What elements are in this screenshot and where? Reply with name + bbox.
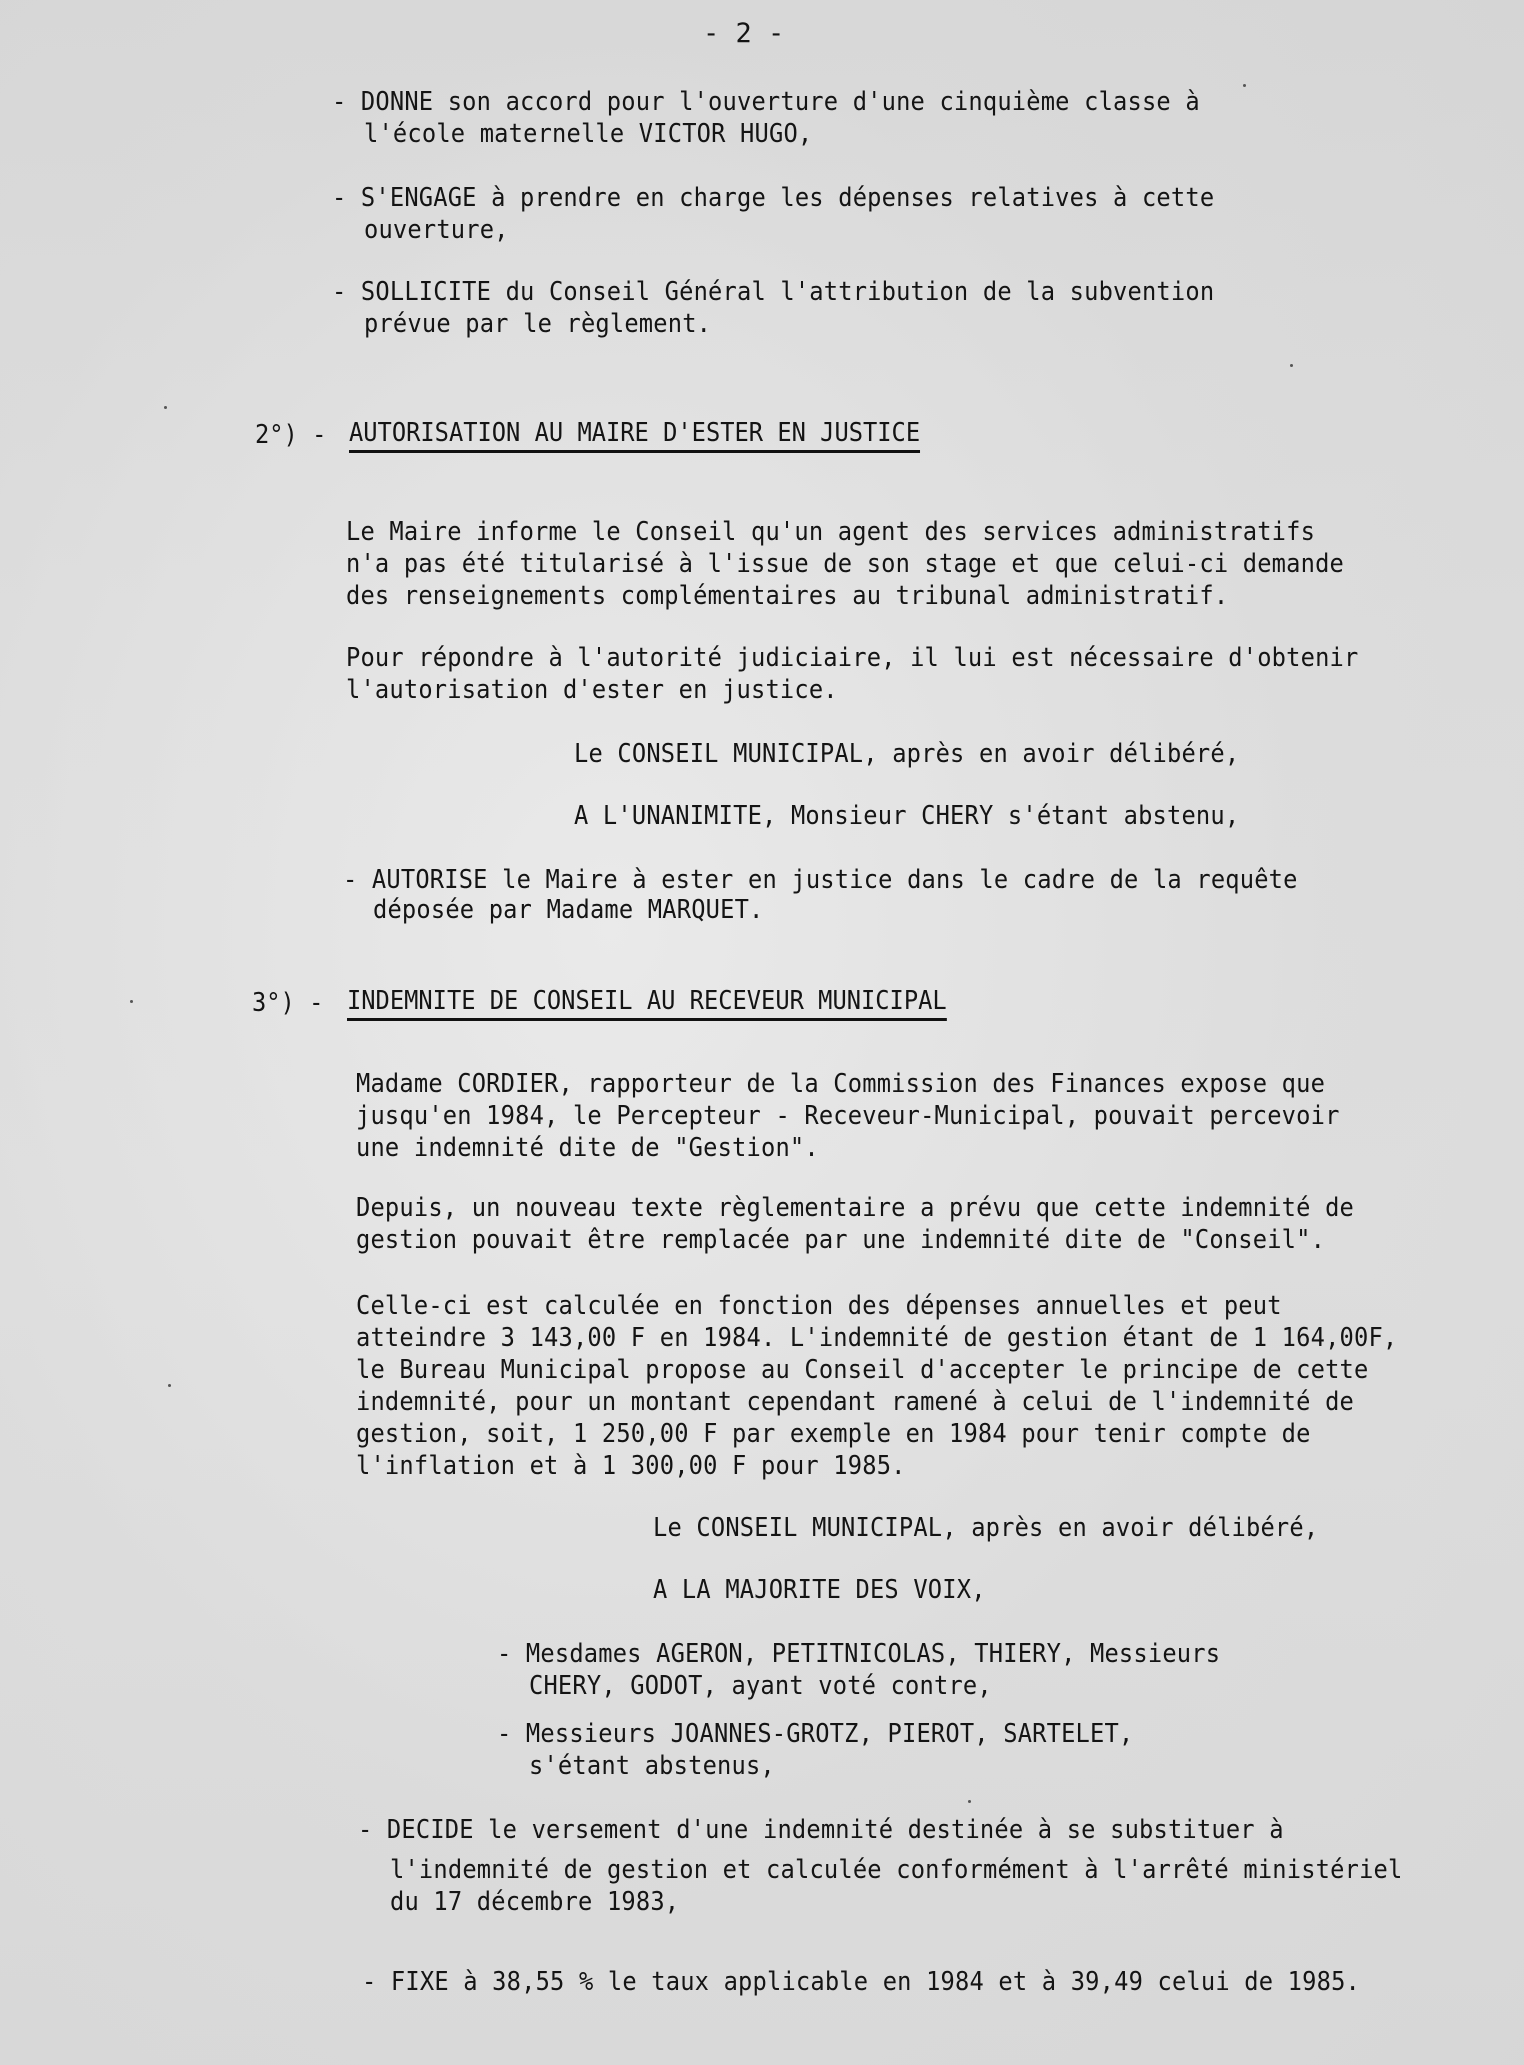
section3-paragraph3-line5: gestion, soit, 1 250,00 F par exemple en…	[356, 1418, 1311, 1450]
intro-item-donne-line2: l'école maternelle VICTOR HUGO,	[364, 118, 812, 150]
section3-vote-against-line1: - Mesdames AGERON, PETITNICOLAS, THIERY,…	[497, 1638, 1220, 1670]
section3-paragraph3-line6: l'inflation et à 1 300,00 F pour 1985.	[356, 1450, 906, 1482]
section3-paragraph3-line3: le Bureau Municipal propose au Conseil d…	[356, 1354, 1368, 1386]
section3-paragraph1-line3: une indemnité dite de "Gestion".	[356, 1132, 819, 1164]
intro-item-engage-line1: - S'ENGAGE à prendre en charge les dépen…	[332, 182, 1214, 214]
section2-paragraph1-line1: Le Maire informe le Conseil qu'un agent …	[346, 516, 1315, 548]
scan-speck	[168, 1384, 171, 1387]
section3-paragraph2-line1: Depuis, un nouveau texte règlementaire a…	[356, 1192, 1354, 1224]
scan-speck	[1290, 364, 1293, 367]
section3-abstention-line1: - Messieurs JOANNES-GROTZ, PIEROT, SARTE…	[497, 1718, 1133, 1750]
section3-vote-against-line2: CHERY, GODOT, ayant voté contre,	[529, 1670, 992, 1702]
section3-decision2: - FIXE à 38,55 % le taux applicable en 1…	[362, 1966, 1360, 1998]
section3-title: INDEMNITE DE CONSEIL AU RECEVEUR MUNICIP…	[347, 986, 947, 1021]
section3-decision1-line1: - DECIDE le versement d'une indemnité de…	[358, 1814, 1284, 1846]
section3-paragraph1-line1: Madame CORDIER, rapporteur de la Commiss…	[356, 1068, 1325, 1100]
section3-paragraph2-line2: gestion pouvait être remplacée par une i…	[356, 1224, 1325, 1256]
scan-speck	[164, 406, 167, 409]
section3-deliberation: Le CONSEIL MUNICIPAL, après en avoir dél…	[653, 1512, 1318, 1544]
section3-number: 3°) -	[252, 988, 323, 1018]
scan-speck	[130, 1000, 133, 1003]
section2-title: AUTORISATION AU MAIRE D'ESTER EN JUSTICE	[349, 418, 920, 453]
section3-abstention-line2: s'étant abstenus,	[529, 1750, 775, 1782]
section2-paragraph1-line3: des renseignements complémentaires au tr…	[346, 580, 1228, 612]
intro-item-sollicite-line1: - SOLLICITE du Conseil Général l'attribu…	[332, 276, 1214, 308]
intro-item-sollicite-line2: prévue par le règlement.	[364, 308, 711, 340]
document-page: - 2 - - DONNE son accord pour l'ouvertur…	[0, 0, 1524, 2065]
section2-vote: A L'UNANIMITE, Monsieur CHERY s'étant ab…	[574, 800, 1239, 832]
section2-deliberation: Le CONSEIL MUNICIPAL, après en avoir dél…	[574, 738, 1239, 770]
section3-paragraph3-line1: Celle-ci est calculée en fonction des dé…	[356, 1290, 1282, 1322]
section2-paragraph2-line2: l'autorisation d'ester en justice.	[346, 674, 838, 706]
section2-decision-line2: déposée par Madame MARQUET.	[373, 894, 764, 926]
section2-number: 2°) -	[255, 420, 326, 450]
section3-decision1-line3: du 17 décembre 1983,	[390, 1886, 679, 1918]
intro-item-engage-line2: ouverture,	[364, 214, 509, 246]
intro-item-donne-line1: - DONNE son accord pour l'ouverture d'un…	[332, 86, 1200, 118]
section3-paragraph3-line2: atteindre 3 143,00 F en 1984. L'indemnit…	[356, 1322, 1397, 1354]
section3-paragraph3-line4: indemnité, pour un montant cependant ram…	[356, 1386, 1354, 1418]
scan-speck	[1243, 84, 1246, 87]
section3-decision1-line2: l'indemnité de gestion et calculée confo…	[390, 1854, 1402, 1886]
section2-decision-line1: - AUTORISE le Maire à ester en justice d…	[343, 864, 1298, 896]
page-number: - 2 -	[703, 18, 784, 49]
section3-paragraph1-line2: jusqu'en 1984, le Percepteur - Receveur-…	[356, 1100, 1340, 1132]
scan-speck	[968, 1800, 971, 1803]
section2-paragraph2-line1: Pour répondre à l'autorité judiciaire, i…	[346, 642, 1358, 674]
section2-paragraph1-line2: n'a pas été titularisé à l'issue de son …	[346, 548, 1344, 580]
section3-vote: A LA MAJORITE DES VOIX,	[653, 1574, 986, 1606]
